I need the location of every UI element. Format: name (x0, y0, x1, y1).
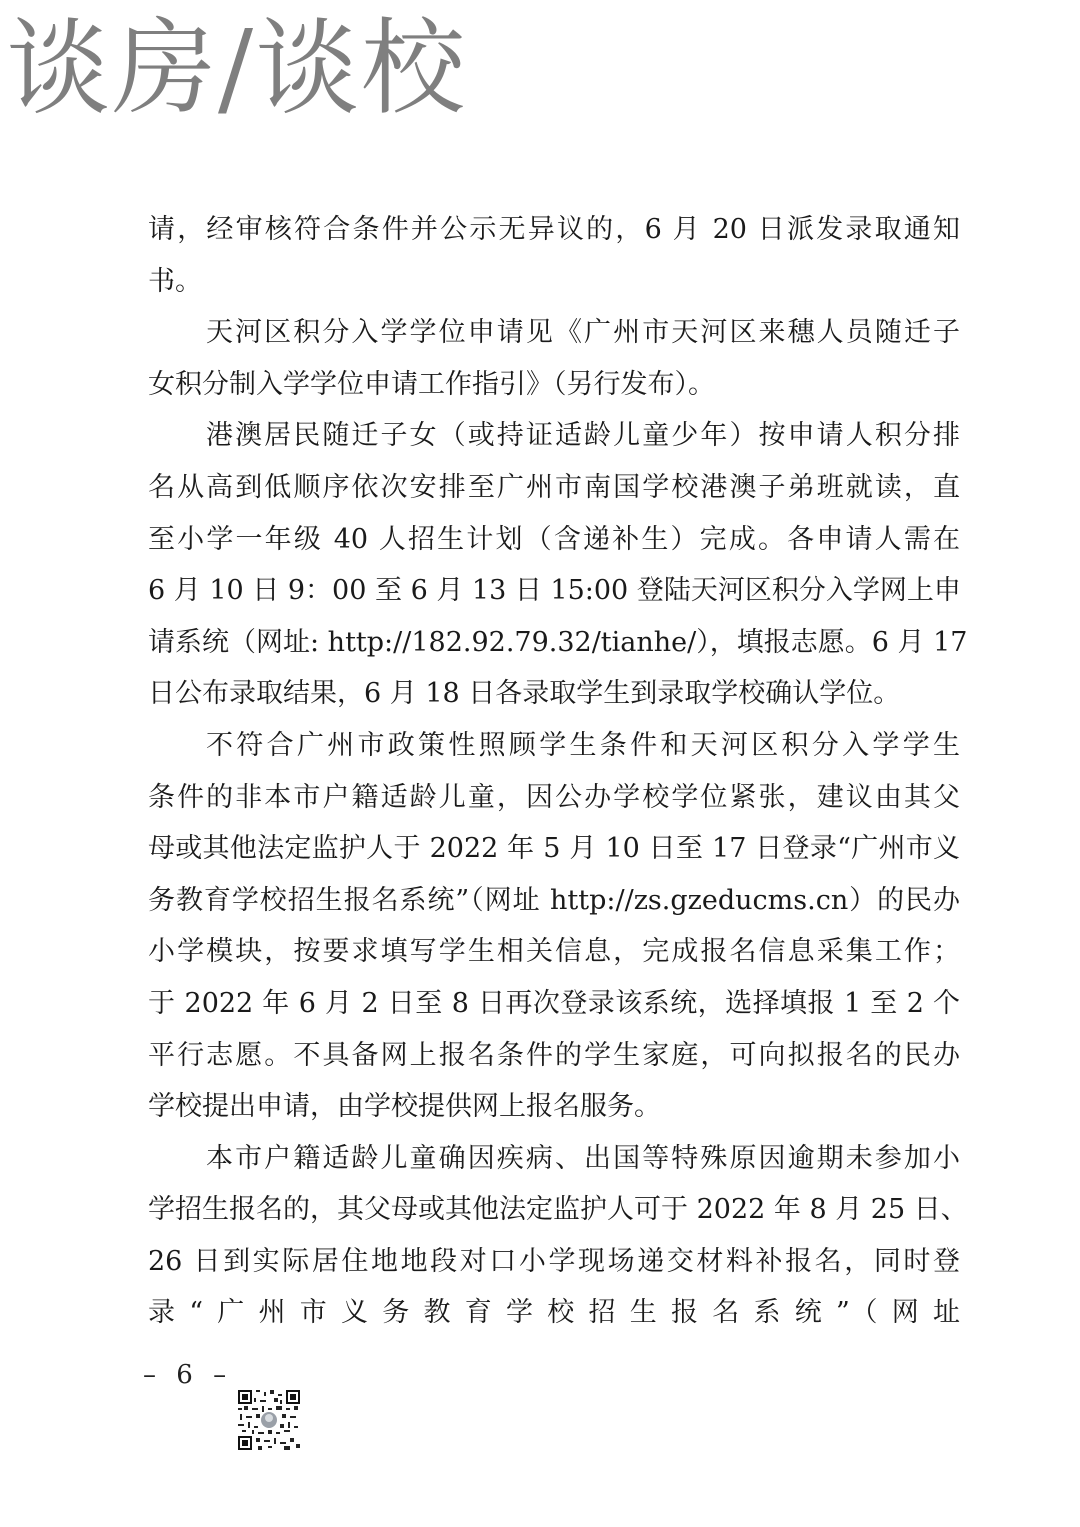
paragraph: 本市户籍适龄儿童确因疾病、出国等特殊原因逾期未参加小 学招生报名的，其父母或其他… (148, 1133, 960, 1339)
page-number: – 6 – (143, 1360, 232, 1390)
document-body: 请，经审核符合条件并公示无异议的，6 月 20 日派发录取通知 书。 天河区积分… (148, 204, 960, 1339)
text-line: 书。 (148, 256, 960, 308)
paragraph: 天河区积分入学学位申请见《广州市天河区来穗人员随迁子 女积分制入学学位申请工作指… (148, 307, 960, 410)
watermark-title: 谈房/谈校 (6, 8, 467, 128)
text-line: 26 日到实际居住地地段对口小学现场递交材料补报名，同时登 (148, 1236, 960, 1288)
text-line: 至小学一年级 40 人招生计划（含递补生）完成。各申请人需在 (148, 514, 960, 566)
text-line: 于 2022 年 6 月 2 日至 8 日再次登录该系统，选择填报 1 至 2 … (148, 978, 960, 1030)
paragraph: 港澳居民随迁子女（或持证适龄儿童少年）按申请人积分排 名从高到低顺序依次安排至广… (148, 410, 960, 720)
text-line: 名从高到低顺序依次安排至广州市南国学校港澳子弟班就读，直 (148, 462, 960, 514)
paragraph: 不符合广州市政策性照顾学生条件和天河区积分入学学生 条件的非本市户籍适龄儿童，因… (148, 720, 960, 1133)
text-line: 天河区积分入学学位申请见《广州市天河区来穗人员随迁子 (148, 307, 960, 359)
text-line: 6 月 10 日 9：00 至 6 月 13 日 15:00 登陆天河区积分入学… (148, 565, 960, 617)
text-line: 务教育学校招生报名系统”（网址 http://zs.gzeducms.cn）的民… (148, 875, 960, 927)
text-line: 请系统（网址: http://182.92.79.32/tianhe/），填报志… (148, 617, 960, 669)
text-line: 女积分制入学学位申请工作指引》（另行发布）。 (148, 359, 960, 411)
text-line: 本市户籍适龄儿童确因疾病、出国等特殊原因逾期未参加小 (148, 1133, 960, 1185)
text-line: 录“广州市义务教育学校招生报名系统”（网址 (148, 1287, 960, 1339)
text-line: 学校提出申请，由学校提供网上报名服务。 (148, 1081, 960, 1133)
text-line: 学招生报名的，其父母或其他法定监护人可于 2022 年 8 月 25 日、 (148, 1184, 960, 1236)
text-line: 平行志愿。不具备网上报名条件的学生家庭，可向拟报名的民办 (148, 1030, 960, 1082)
text-line: 母或其他法定监护人于 2022 年 5 月 10 日至 17 日登录“广州市义 (148, 823, 960, 875)
qr-code-icon (238, 1390, 300, 1450)
text-line: 条件的非本市户籍适龄儿童，因公办学校学位紧张，建议由其父 (148, 772, 960, 824)
paragraph: 请，经审核符合条件并公示无异议的，6 月 20 日派发录取通知 书。 (148, 204, 960, 307)
text-line: 港澳居民随迁子女（或持证适龄儿童少年）按申请人积分排 (148, 410, 960, 462)
text-line: 请，经审核符合条件并公示无异议的，6 月 20 日派发录取通知 (148, 204, 960, 256)
text-line: 小学模块，按要求填写学生相关信息，完成报名信息采集工作； (148, 926, 960, 978)
text-line: 不符合广州市政策性照顾学生条件和天河区积分入学学生 (148, 720, 960, 772)
text-line: 日公布录取结果，6 月 18 日各录取学生到录取学校确认学位。 (148, 668, 960, 720)
